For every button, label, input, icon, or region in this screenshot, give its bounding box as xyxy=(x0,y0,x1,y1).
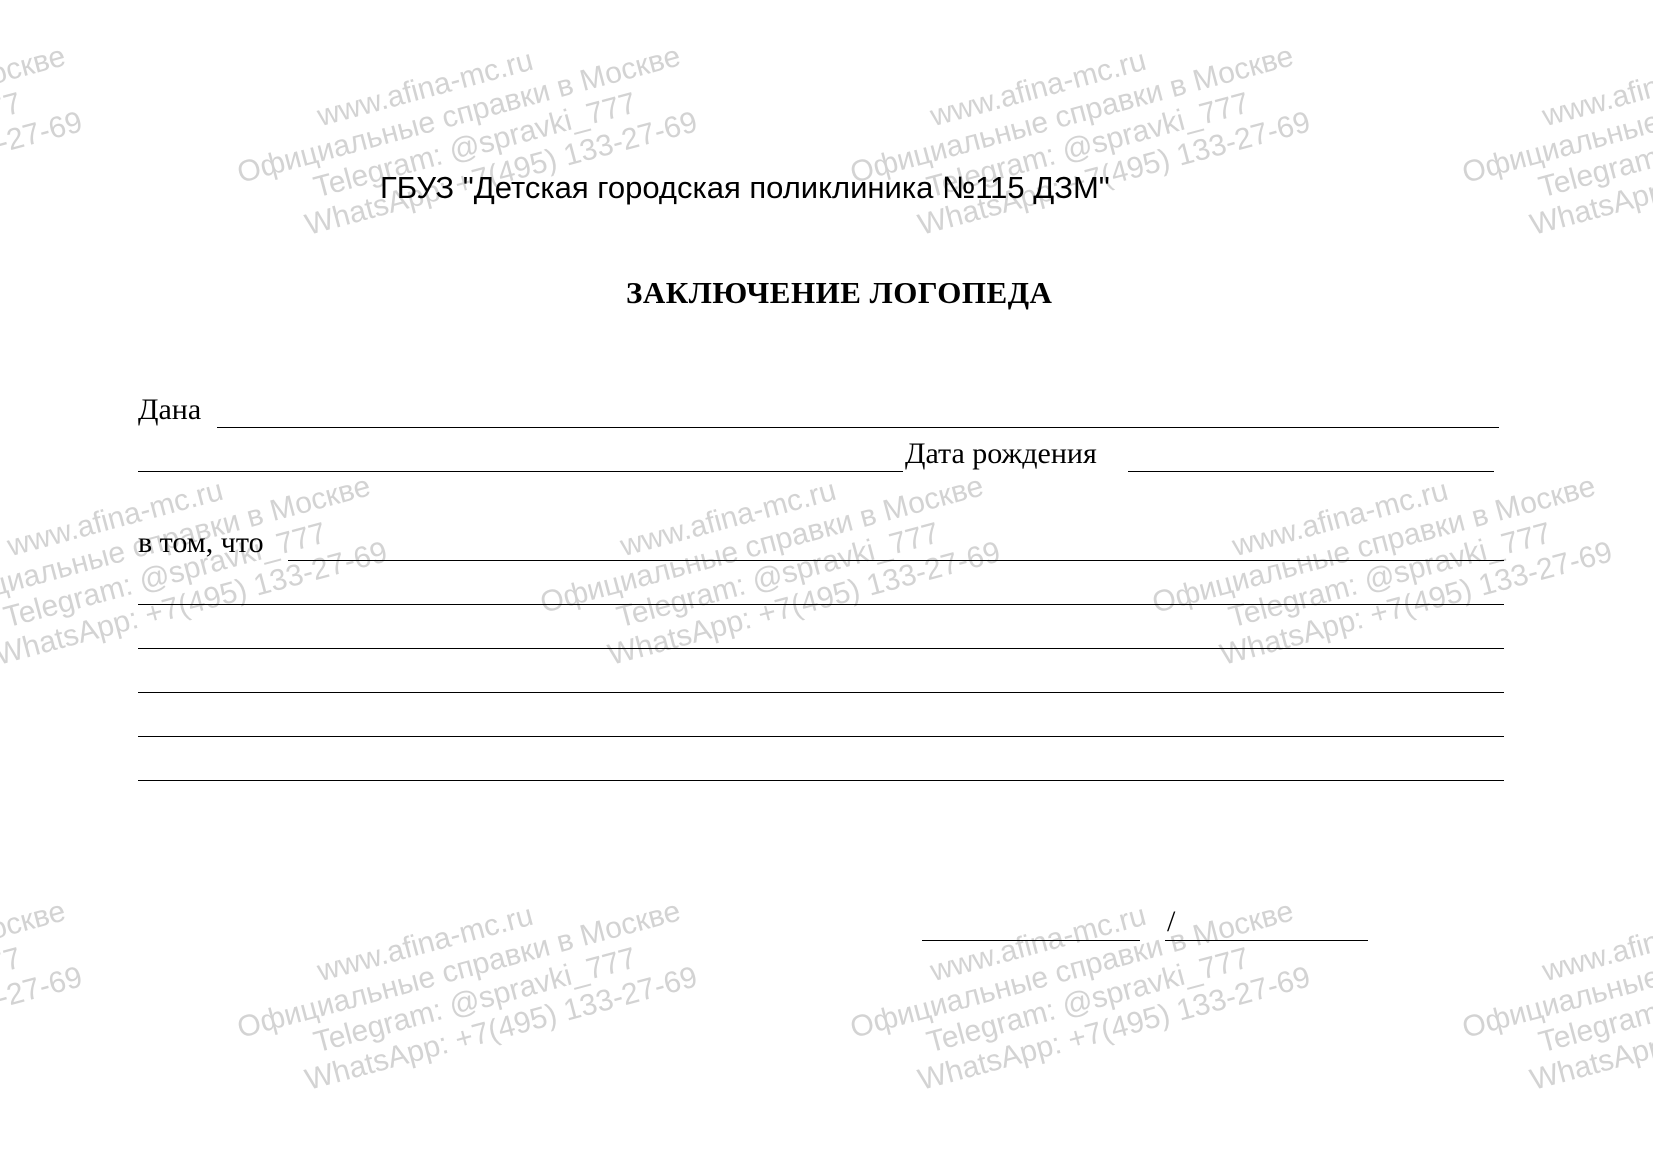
watermark-line: WhatsApp: +7(495) 133-27-69 xyxy=(554,535,1004,686)
watermark: www.afina-mc.ru Официальные справки в Мо… xyxy=(225,862,702,1112)
watermark-line: Telegram: @spravki_777 xyxy=(1158,502,1608,653)
watermark-line: Официальные справки в Москве xyxy=(1459,40,1653,191)
statement-line[interactable] xyxy=(138,692,1504,693)
document-title: ЗАКЛЮЧЕНИЕ ЛОГОПЕДА xyxy=(626,275,1052,311)
watermark-line: Telegram: @spravki_777 xyxy=(856,927,1306,1078)
watermark-line: Telegram: @spravki_777 xyxy=(0,927,78,1078)
watermark-line: Telegram: @spravki_777 xyxy=(0,72,78,223)
watermark: www.afina-mc.ru Официальные справки в Мо… xyxy=(0,862,87,1112)
watermark-line: www.afina-mc.ru xyxy=(1450,862,1653,1013)
watermark-line: Официальные справки в Москве xyxy=(1149,470,1599,621)
watermark-line: www.afina-mc.ru xyxy=(0,862,60,1013)
statement-line[interactable] xyxy=(138,648,1504,649)
watermark-line: WhatsApp: +7(495) 133-27-69 xyxy=(0,960,87,1111)
watermark: www.afina-mc.ru Официальные справки в Мо… xyxy=(1450,862,1653,1112)
statement-line[interactable] xyxy=(138,604,1504,605)
issued-to-field-continuation[interactable] xyxy=(138,471,903,472)
signature-name-field[interactable] xyxy=(1165,940,1368,941)
organization-name: ГБУЗ "Детская городская поликлиника №115… xyxy=(380,170,1110,206)
birth-date-field[interactable] xyxy=(1128,471,1494,472)
watermark-line: Telegram: @spravki_777 xyxy=(1468,927,1653,1078)
issued-to-label: Дана xyxy=(138,393,201,427)
watermark-line: Официальные справки в Москве xyxy=(1459,895,1653,1046)
statement-line[interactable] xyxy=(138,736,1504,737)
watermark: www.afina-mc.ru Официальные справки в Мо… xyxy=(838,7,1315,257)
watermark-line: Официальные справки в Москве xyxy=(234,895,684,1046)
birth-date-label: Дата рождения xyxy=(905,437,1097,471)
watermark-line: Официальные справки в Москве xyxy=(537,470,987,621)
watermark-line: Официальные справки в Москве xyxy=(0,895,69,1046)
watermark-line: www.afina-mc.ru xyxy=(225,862,675,1013)
watermark-line: Telegram: @spravki_777 xyxy=(243,927,693,1078)
signature-separator: / xyxy=(1167,905,1175,939)
watermark-line: WhatsApp: +7(495) 133-27-69 xyxy=(1166,535,1616,686)
statement-field[interactable] xyxy=(288,560,1504,561)
watermark-line: Официальные справки в Москве xyxy=(847,895,1297,1046)
watermark-line: Официальные справки в Москве xyxy=(847,40,1297,191)
watermark-line: WhatsApp: +7(495) 133-27-69 xyxy=(1476,105,1653,256)
statement-line[interactable] xyxy=(138,780,1504,781)
watermark-line: www.afina-mc.ru xyxy=(838,7,1288,158)
watermark-line: www.afina-mc.ru xyxy=(0,7,60,158)
watermark-line: www.afina-mc.ru xyxy=(1140,437,1590,588)
statement-label: в том, что xyxy=(138,526,264,560)
watermark-line: Официальные справки в Москве xyxy=(234,40,684,191)
watermark: www.afina-mc.ru Официальные справки в Мо… xyxy=(838,862,1315,1112)
watermark-line: Telegram: @spravki_777 xyxy=(546,502,996,653)
watermark: www.afina-mc.ru Официальные справки в Мо… xyxy=(225,7,702,257)
watermark-line: WhatsApp: +7(495) 133-27-69 xyxy=(0,105,87,256)
watermark: www.afina-mc.ru Официальные справки в Мо… xyxy=(1450,7,1653,257)
watermark-line: Telegram: @spravki_777 xyxy=(1468,72,1653,223)
issued-to-field[interactable] xyxy=(217,427,1499,428)
watermark-line: www.afina-mc.ru xyxy=(0,437,365,588)
watermark-line: WhatsApp: +7(495) 133-27-69 xyxy=(864,960,1314,1111)
watermark-line: www.afina-mc.ru xyxy=(1450,7,1653,158)
watermark-line: WhatsApp: +7(495) 133-27-69 xyxy=(1476,960,1653,1111)
watermark-line: WhatsApp: +7(495) 133-27-69 xyxy=(251,960,701,1111)
signature-field[interactable] xyxy=(922,940,1140,941)
watermark-line: www.afina-mc.ru xyxy=(225,7,675,158)
watermark: www.afina-mc.ru Официальные справки в Мо… xyxy=(0,7,87,257)
watermark-line: Официальные справки в Москве xyxy=(0,40,69,191)
watermark-line: www.afina-mc.ru xyxy=(838,862,1288,1013)
